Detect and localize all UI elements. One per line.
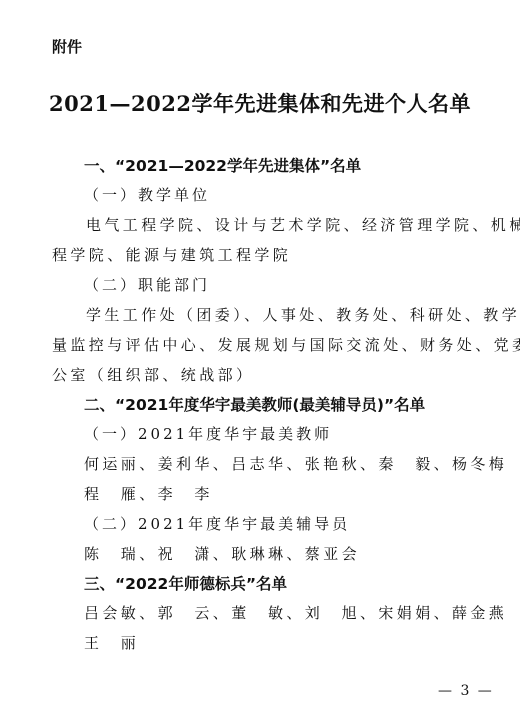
section-3-heading: 三、“2022年师德标兵”名单 — [84, 572, 287, 594]
section-2-sub-1-line-1: 何运丽、姜利华、吕志华、张艳秋、秦 毅、杨冬梅 — [84, 453, 507, 474]
section-2-sub-1-line-2: 程 雁、李 李 — [84, 483, 213, 504]
section-1-sub-2-line-2: 量监控与评估中心、发展规划与国际交流处、财务处、党委办 — [52, 334, 520, 355]
page-number: — 3 — — [438, 683, 494, 699]
section-1-sub-2-line-3: 公室（组织部、统战部） — [52, 364, 254, 385]
section-1-sub-1-line-1: 电气工程学院、设计与艺术学院、经济管理学院、机械工 — [86, 214, 520, 235]
section-2-sub-1-heading: （一）2021年度华宇最美教师 — [84, 423, 332, 444]
attachment-label: 附件 — [52, 36, 82, 57]
document-title: 2021—2022学年先进集体和先进个人名单 — [0, 88, 520, 118]
section-1-sub-1-line-2: 程学院、能源与建筑工程学院 — [52, 244, 291, 265]
section-1-heading: 一、“2021—2022学年先进集体”名单 — [84, 154, 361, 176]
section-2-sub-2-heading: （二）2021年度华宇最美辅导员 — [84, 513, 350, 534]
section-2-sub-2-line-1: 陈 瑞、祝 潇、耿琳琳、蔡亚会 — [84, 543, 360, 564]
section-2-heading: 二、“2021年度华宇最美教师(最美辅导员)”名单 — [84, 393, 425, 415]
section-3-line-2: 王 丽 — [84, 632, 139, 653]
section-3-line-1: 吕会敏、郭 云、董 敏、刘 旭、宋娟娟、薛金燕 — [84, 602, 507, 623]
section-1-sub-2-heading: （二）职能部门 — [84, 274, 210, 295]
section-1-sub-2-line-1: 学生工作处（团委）、人事处、教务处、科研处、教学质 — [86, 304, 520, 325]
section-1-sub-1-heading: （一）教学单位 — [84, 184, 210, 205]
